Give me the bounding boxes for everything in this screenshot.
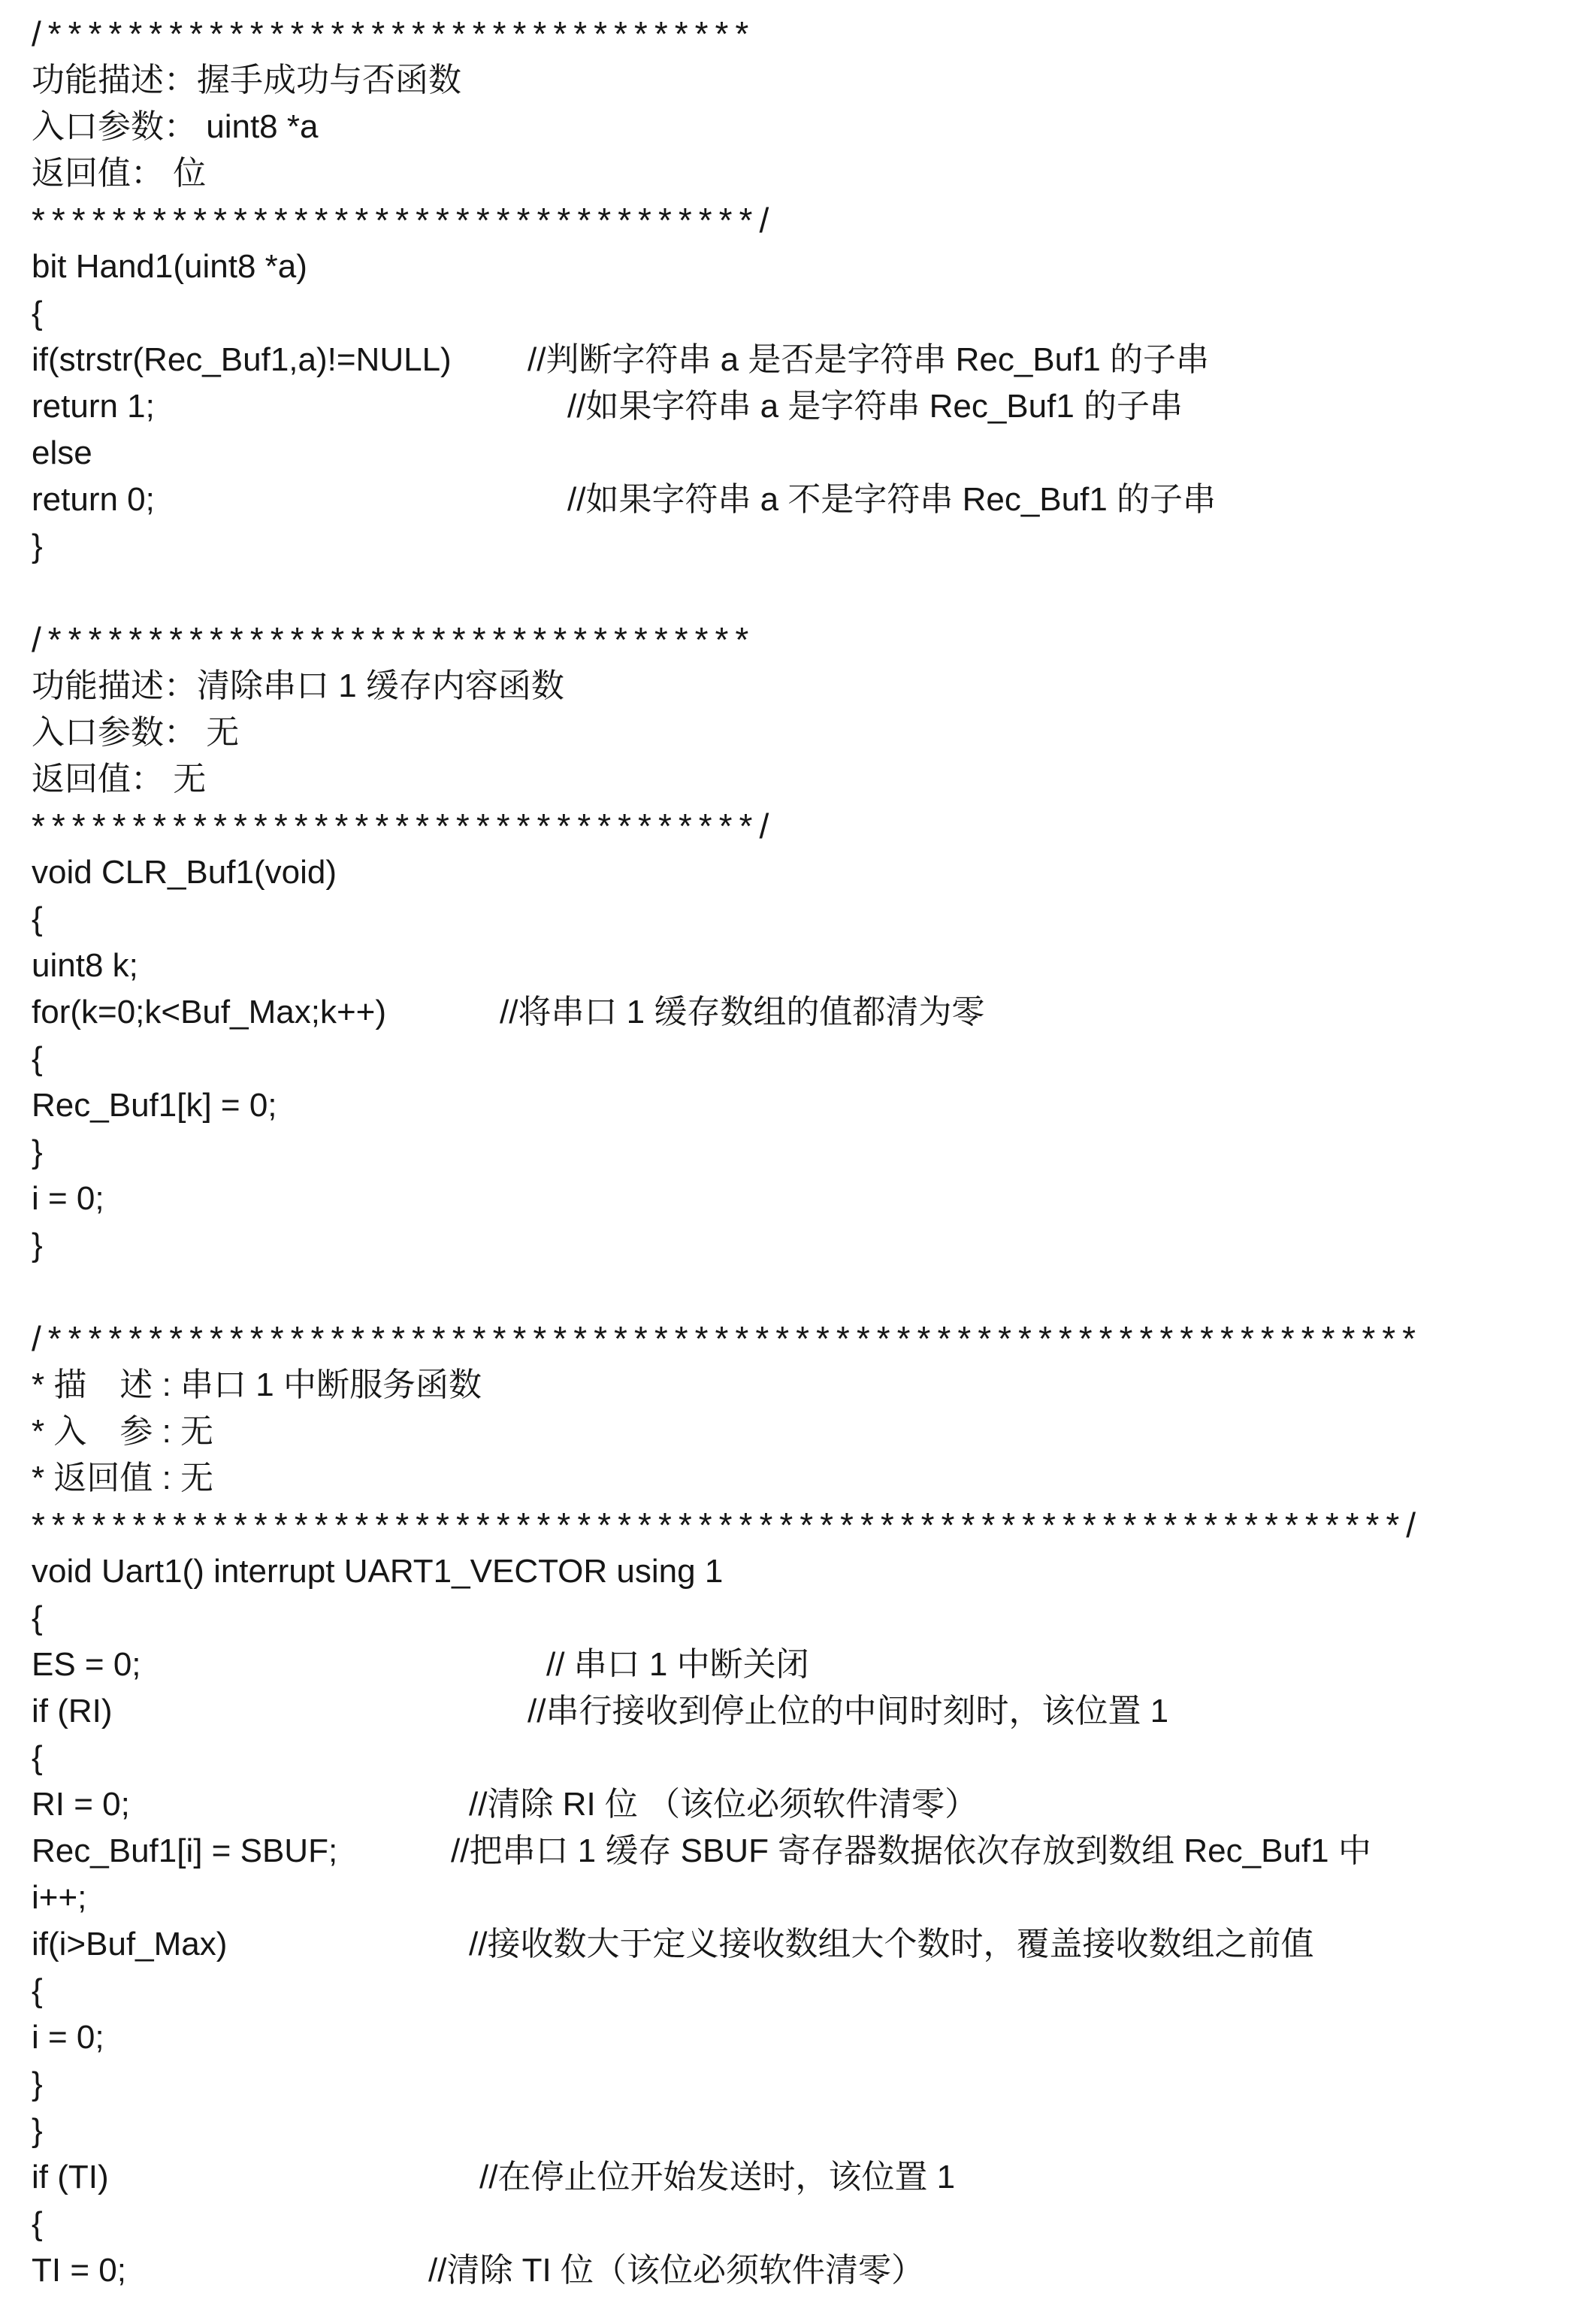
code-line: { <box>0 1036 1593 1082</box>
code-line: return 0;//如果字符串 a 不是字符串 Rec_Buf1 的子串 <box>0 477 1593 523</box>
code-text: if (RI) <box>32 1688 113 1735</box>
code-line: return 1;//如果字符串 a 是字符串 Rec_Buf1 的子串 <box>0 383 1593 430</box>
code-line: 返回值： 无 <box>0 756 1593 803</box>
code-line: uint8 k; <box>0 943 1593 989</box>
code-text: { <box>32 1735 43 1781</box>
code-line <box>0 570 1593 616</box>
code-line: /*********************************** <box>0 616 1593 663</box>
code-line: bit Hand1(uint8 *a) <box>0 244 1593 290</box>
inline-comment-text: //如果字符串 a 不是字符串 Rec_Buf1 的子串 <box>567 477 1216 523</box>
code-line: for(k=0;k<Buf_Max;k++)//将串口 1 缓存数组的值都清为零 <box>0 989 1593 1036</box>
code-line: 返回值： 位 <box>0 150 1593 197</box>
code-line: ****************************************… <box>0 1502 1593 1548</box>
code-line: i = 0; <box>0 2014 1593 2061</box>
code-line: { <box>0 2201 1593 2247</box>
code-line <box>0 1269 1593 1315</box>
code-line: void CLR_Buf1(void) <box>0 849 1593 896</box>
code-line: } <box>0 2061 1593 2108</box>
inline-comment-text: // 串口 1 中断关闭 <box>546 1642 809 1688</box>
code-text: RI = 0; <box>32 1781 130 1828</box>
code-text: bit Hand1(uint8 *a) <box>32 244 307 290</box>
code-text: 入口参数： 无 <box>32 710 239 756</box>
code-line: else <box>0 430 1593 477</box>
code-text: ************************************/ <box>32 197 775 244</box>
code-text: * 描 述 : 串口 1 中断服务函数 <box>32 1362 482 1409</box>
code-text: { <box>32 1595 43 1642</box>
code-line: if (RI)//串行接收到停止位的中间时刻时，该位置 1 <box>0 1688 1593 1735</box>
code-line: { <box>0 1968 1593 2014</box>
code-line: void Uart1() interrupt UART1_VECTOR usin… <box>0 1548 1593 1595</box>
code-line: RI = 0;//清除 RI 位 （该位必须软件清零） <box>0 1781 1593 1828</box>
code-text: } <box>32 1222 43 1269</box>
code-text: /*********************************** <box>32 616 755 663</box>
inline-comment-text: //把串口 1 缓存 SBUF 寄存器数据依次存放到数组 Rec_Buf1 中 <box>451 1828 1371 1875</box>
inline-comment-text: //清除 RI 位 （该位必须软件清零） <box>469 1781 978 1828</box>
code-line: /***************************************… <box>0 1315 1593 1362</box>
inline-comment-text: //如果字符串 a 是字符串 Rec_Buf1 的子串 <box>567 383 1183 430</box>
code-text: return 1; <box>32 383 155 430</box>
code-line: Rec_Buf1[k] = 0; <box>0 1082 1593 1129</box>
code-line: } <box>0 523 1593 570</box>
code-text: uint8 k; <box>32 943 138 989</box>
code-text: { <box>32 1036 43 1082</box>
code-line: i++; <box>0 1875 1593 1921</box>
code-text: } <box>32 523 43 570</box>
code-line: * 返回值 : 无 <box>0 1455 1593 1502</box>
code-line: { <box>0 290 1593 337</box>
inline-comment-text: //在停止位开始发送时，该位置 1 <box>479 2154 955 2201</box>
code-line: /*********************************** <box>0 11 1593 57</box>
code-text: } <box>32 2108 43 2154</box>
code-text: 功能描述：握手成功与否函数 <box>32 57 461 104</box>
code-line: i = 0; <box>0 1176 1593 1222</box>
code-line: } <box>0 1222 1593 1269</box>
code-text: i++; <box>32 1875 86 1921</box>
code-line: if(strstr(Rec_Buf1,a)!=NULL)//判断字符串 a 是否… <box>0 337 1593 383</box>
code-listing-page: /***********************************功能描述… <box>0 0 1593 2324</box>
code-text: if(i>Buf_Max) <box>32 1921 227 1968</box>
code-text: * 入 参 : 无 <box>32 1409 213 1455</box>
code-text: Rec_Buf1[k] = 0; <box>32 1082 277 1129</box>
code-line: ************************************/ <box>0 197 1593 244</box>
code-text: ****************************************… <box>32 1502 1422 1548</box>
code-line: ES = 0;// 串口 1 中断关闭 <box>0 1642 1593 1688</box>
code-text: 入口参数： uint8 *a <box>32 104 318 150</box>
code-text: if(strstr(Rec_Buf1,a)!=NULL) <box>32 337 452 383</box>
code-text: i = 0; <box>32 1176 104 1222</box>
code-text: void CLR_Buf1(void) <box>32 849 337 896</box>
code-text: { <box>32 896 43 943</box>
code-line: * 描 述 : 串口 1 中断服务函数 <box>0 1362 1593 1409</box>
inline-comment-text: //判断字符串 a 是否是字符串 Rec_Buf1 的子串 <box>527 337 1209 383</box>
code-line: if(i>Buf_Max)//接收数大于定义接收数组大个数时，覆盖接收数组之前值 <box>0 1921 1593 1968</box>
code-line: Rec_Buf1[i] = SBUF;//把串口 1 缓存 SBUF 寄存器数据… <box>0 1828 1593 1875</box>
code-text: void Uart1() interrupt UART1_VECTOR usin… <box>32 1548 723 1595</box>
code-line: if (TI)//在停止位开始发送时，该位置 1 <box>0 2154 1593 2201</box>
code-text: { <box>32 2201 43 2247</box>
code-text: ************************************/ <box>32 803 775 849</box>
code-line: 功能描述：握手成功与否函数 <box>0 57 1593 104</box>
code-line: } <box>0 2108 1593 2154</box>
code-text: { <box>32 1968 43 2014</box>
code-text: ES = 0; <box>32 1642 141 1688</box>
code-text: for(k=0;k<Buf_Max;k++) <box>32 989 386 1036</box>
code-line: 入口参数： 无 <box>0 710 1593 756</box>
code-text: /*********************************** <box>32 11 755 57</box>
code-text: * 返回值 : 无 <box>32 1455 213 1502</box>
code-text: TI = 0; <box>32 2247 126 2294</box>
code-line: { <box>0 1735 1593 1781</box>
code-text: if (TI) <box>32 2154 109 2201</box>
code-text: 返回值： 无 <box>32 756 206 803</box>
code-line: { <box>0 1595 1593 1642</box>
code-line: * 入 参 : 无 <box>0 1409 1593 1455</box>
code-text: /***************************************… <box>32 1315 1422 1362</box>
code-text: i = 0; <box>32 2014 104 2061</box>
code-line: ************************************/ <box>0 803 1593 849</box>
code-line: { <box>0 896 1593 943</box>
code-text: return 0; <box>32 477 155 523</box>
code-text: 功能描述：清除串口 1 缓存内容函数 <box>32 663 564 710</box>
inline-comment-text: //串行接收到停止位的中间时刻时，该位置 1 <box>527 1688 1168 1735</box>
code-text: } <box>32 1129 43 1176</box>
code-text: } <box>32 2061 43 2108</box>
code-line: 功能描述：清除串口 1 缓存内容函数 <box>0 663 1593 710</box>
code-text: else <box>32 430 92 477</box>
inline-comment-text: //将串口 1 缓存数组的值都清为零 <box>500 989 984 1036</box>
code-text: Rec_Buf1[i] = SBUF; <box>32 1828 337 1875</box>
inline-comment-text: //清除 TI 位（该位必须软件清零） <box>428 2247 924 2294</box>
inline-comment-text: //接收数大于定义接收数组大个数时，覆盖接收数组之前值 <box>469 1921 1313 1968</box>
code-text: 返回值： 位 <box>32 150 206 197</box>
code-line: 入口参数： uint8 *a <box>0 104 1593 150</box>
code-line: } <box>0 1129 1593 1176</box>
code-line: TI = 0;//清除 TI 位（该位必须软件清零） <box>0 2247 1593 2294</box>
code-text: { <box>32 290 43 337</box>
